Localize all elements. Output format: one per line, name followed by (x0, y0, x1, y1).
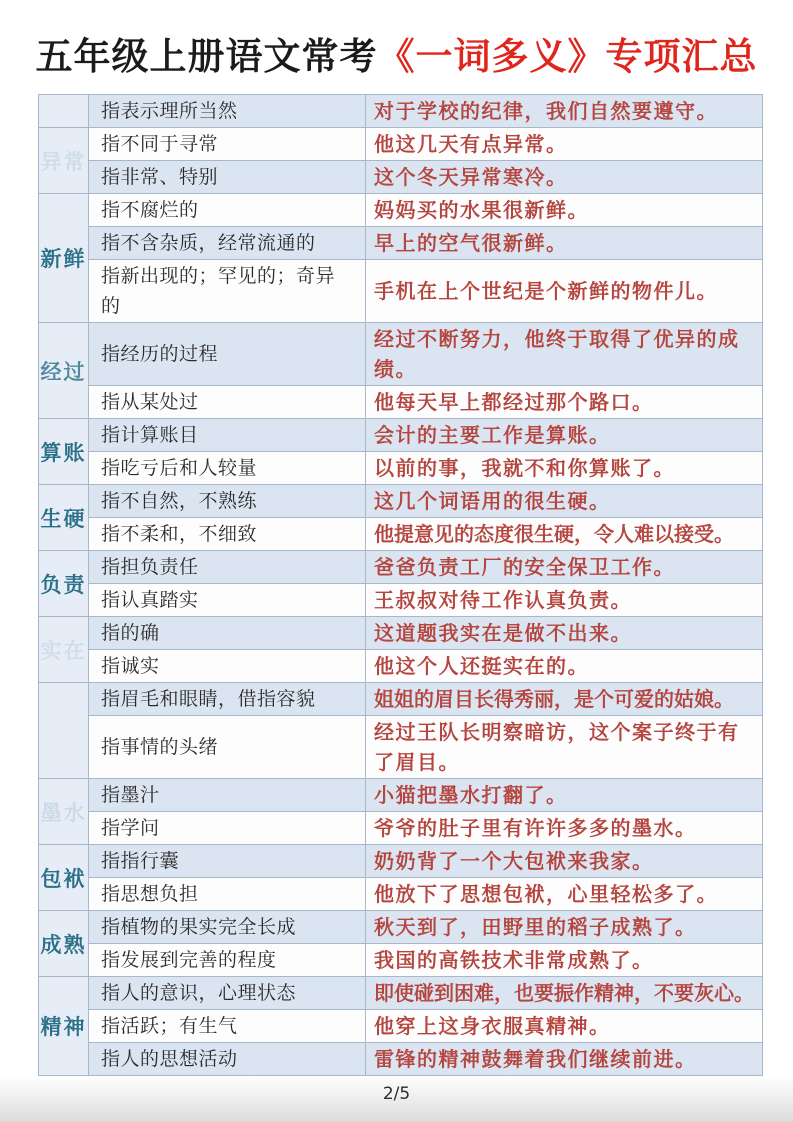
table-row: 指新出现的；罕见的；奇异的手机在上个世纪是个新鲜的物件儿。 (39, 260, 763, 323)
meaning-cell: 指发展到完善的程度 (89, 944, 366, 977)
example-cell: 奶奶背了一个大包袱来我家。 (366, 845, 763, 878)
meaning-cell: 指经历的过程 (89, 323, 366, 386)
meaning-cell: 指诚实 (89, 650, 366, 683)
meaning-cell: 指不自然，不熟练 (89, 485, 366, 518)
table-row: 算账指计算账目会计的主要工作是算账。 (39, 419, 763, 452)
example-cell: 王叔叔对待工作认真负责。 (366, 584, 763, 617)
example-cell: 雷锋的精神鼓舞着我们继续前进。 (366, 1043, 763, 1076)
example-cell: 手机在上个世纪是个新鲜的物件儿。 (366, 260, 763, 323)
table-row: 指发展到完善的程度我国的高铁技术非常成熟了。 (39, 944, 763, 977)
table-row: 实在指的确这道题我实在是做不出来。 (39, 617, 763, 650)
table-row: 指表示理所当然对于学校的纪律，我们自然要遵守。 (39, 95, 763, 128)
word-label: 异常 (41, 149, 87, 174)
meaning-cell: 指表示理所当然 (89, 95, 366, 128)
example-cell: 小猫把墨水打翻了。 (366, 779, 763, 812)
meaning-cell: 指不腐烂的 (89, 194, 366, 227)
meaning-cell: 指人的思想活动 (89, 1043, 366, 1076)
meaning-cell: 指从某处过 (89, 386, 366, 419)
example-cell: 他放下了思想包袱，心里轻松多了。 (366, 878, 763, 911)
table-row: 精神指人的意识，心理状态即使碰到困难，也要振作精神，不要灰心。 (39, 977, 763, 1010)
table-row: 生硬指不自然，不熟练这几个词语用的很生硬。 (39, 485, 763, 518)
word-cell: 负责 (39, 551, 89, 617)
table-row: 指吃亏后和人较量以前的事，我就不和你算账了。 (39, 452, 763, 485)
example-cell: 妈妈买的水果很新鲜。 (366, 194, 763, 227)
example-cell: 他这个人还挺实在的。 (366, 650, 763, 683)
meaning-cell: 指指行囊 (89, 845, 366, 878)
meaning-cell: 指人的意识，心理状态 (89, 977, 366, 1010)
meaning-cell: 指活跃；有生气 (89, 1010, 366, 1043)
table-row: 指不含杂质，经常流通的早上的空气很新鲜。 (39, 227, 763, 260)
word-cell (39, 95, 89, 128)
table-row: 指非常、特别这个冬天异常寒冷。 (39, 161, 763, 194)
word-cell: 实在 (39, 617, 89, 683)
example-cell: 他穿上这身衣服真精神。 (366, 1010, 763, 1043)
meaning-cell: 指思想负担 (89, 878, 366, 911)
word-cell: 包袱 (39, 845, 89, 911)
page-title-black-part: 五年级上册语文常考 (36, 34, 378, 78)
meaning-cell: 指眉毛和眼睛，借指容貌 (89, 683, 366, 716)
meaning-cell: 指担负责任 (89, 551, 366, 584)
word-label: 新鲜 (41, 246, 87, 271)
word-label: 成熟 (41, 932, 87, 957)
word-cell: 经过 (39, 323, 89, 419)
word-table-body: 指表示理所当然对于学校的纪律，我们自然要遵守。异常指不同于寻常他这几天有点异常。… (39, 95, 763, 1076)
table-row: 经过指经历的过程经过不断努力，他终于取得了优异的成绩。 (39, 323, 763, 386)
word-cell: 成熟 (39, 911, 89, 977)
example-cell: 经过不断努力，他终于取得了优异的成绩。 (366, 323, 763, 386)
example-cell: 这个冬天异常寒冷。 (366, 161, 763, 194)
table-row: 负责指担负责任爸爸负责工厂的安全保卫工作。 (39, 551, 763, 584)
word-label: 经过 (41, 359, 87, 384)
example-cell: 姐姐的眉目长得秀丽，是个可爱的姑娘。 (366, 683, 763, 716)
meaning-cell: 指非常、特别 (89, 161, 366, 194)
example-cell: 秋天到了，田野里的稻子成熟了。 (366, 911, 763, 944)
example-cell: 这道题我实在是做不出来。 (366, 617, 763, 650)
table-row: 异常指不同于寻常他这几天有点异常。 (39, 128, 763, 161)
table-row: 新鲜指不腐烂的妈妈买的水果很新鲜。 (39, 194, 763, 227)
word-cell: 墨水 (39, 779, 89, 845)
word-meanings-table: 指表示理所当然对于学校的纪律，我们自然要遵守。异常指不同于寻常他这几天有点异常。… (38, 94, 763, 1076)
table-row: 包袱指指行囊奶奶背了一个大包袱来我家。 (39, 845, 763, 878)
example-cell: 我国的高铁技术非常成熟了。 (366, 944, 763, 977)
example-cell: 对于学校的纪律，我们自然要遵守。 (366, 95, 763, 128)
table-row: 眉目指眉毛和眼睛，借指容貌姐姐的眉目长得秀丽，是个可爱的姑娘。 (39, 683, 763, 716)
word-label: 墨水 (41, 800, 87, 825)
meaning-cell: 指的确 (89, 617, 366, 650)
table-row: 指从某处过他每天早上都经过那个路口。 (39, 386, 763, 419)
page-title-red-part: 《一词多义》专项汇总 (378, 34, 758, 78)
table-row: 指学问爷爷的肚子里有许许多多的墨水。 (39, 812, 763, 845)
word-cell: 生硬 (39, 485, 89, 551)
word-label: 包袱 (41, 866, 87, 891)
word-label: 算账 (41, 440, 87, 465)
word-label: 精神 (41, 1014, 87, 1039)
word-label: 负责 (41, 572, 87, 597)
example-cell: 他这几天有点异常。 (366, 128, 763, 161)
meaning-cell: 指计算账目 (89, 419, 366, 452)
meaning-cell: 指墨汁 (89, 779, 366, 812)
table-row: 墨水指墨汁小猫把墨水打翻了。 (39, 779, 763, 812)
example-cell: 以前的事，我就不和你算账了。 (366, 452, 763, 485)
meaning-cell: 指认真踏实 (89, 584, 366, 617)
table-row: 成熟指植物的果实完全长成秋天到了，田野里的稻子成熟了。 (39, 911, 763, 944)
example-cell: 经过王队长明察暗访，这个案子终于有了眉目。 (366, 716, 763, 779)
example-cell: 他每天早上都经过那个路口。 (366, 386, 763, 419)
table-row: 指人的思想活动雷锋的精神鼓舞着我们继续前进。 (39, 1043, 763, 1076)
table-row: 指活跃；有生气他穿上这身衣服真精神。 (39, 1010, 763, 1043)
page-indicator: 2/5 (0, 1084, 793, 1104)
example-cell: 这几个词语用的很生硬。 (366, 485, 763, 518)
word-cell: 算账 (39, 419, 89, 485)
word-cell: 异常 (39, 128, 89, 194)
word-label: 生硬 (41, 506, 87, 531)
meaning-cell: 指植物的果实完全长成 (89, 911, 366, 944)
example-cell: 早上的空气很新鲜。 (366, 227, 763, 260)
page-title: 五年级上册语文常考《一词多义》专项汇总 (0, 0, 793, 80)
table-row: 指不柔和，不细致他提意见的态度很生硬，令人难以接受。 (39, 518, 763, 551)
table-row: 指思想负担他放下了思想包袱，心里轻松多了。 (39, 878, 763, 911)
example-cell: 会计的主要工作是算账。 (366, 419, 763, 452)
example-cell: 爸爸负责工厂的安全保卫工作。 (366, 551, 763, 584)
table-row: 指诚实他这个人还挺实在的。 (39, 650, 763, 683)
example-cell: 他提意见的态度很生硬，令人难以接受。 (366, 518, 763, 551)
example-cell: 即使碰到困难，也要振作精神，不要灰心。 (366, 977, 763, 1010)
meaning-cell: 指新出现的；罕见的；奇异的 (89, 260, 366, 323)
meaning-cell: 指不含杂质，经常流通的 (89, 227, 366, 260)
word-cell: 眉目 (39, 683, 89, 779)
word-cell: 精神 (39, 977, 89, 1076)
study-sheet-page: 五年级上册语文常考《一词多义》专项汇总 指表示理所当然对于学校的纪律，我们自然要… (0, 0, 793, 1122)
word-cell: 新鲜 (39, 194, 89, 323)
meaning-cell: 指事情的头绪 (89, 716, 366, 779)
meaning-cell: 指不柔和，不细致 (89, 518, 366, 551)
meaning-cell: 指不同于寻常 (89, 128, 366, 161)
meaning-cell: 指吃亏后和人较量 (89, 452, 366, 485)
meaning-cell: 指学问 (89, 812, 366, 845)
example-cell: 爷爷的肚子里有许许多多的墨水。 (366, 812, 763, 845)
table-row: 指认真踏实王叔叔对待工作认真负责。 (39, 584, 763, 617)
table-row: 指事情的头绪经过王队长明察暗访，这个案子终于有了眉目。 (39, 716, 763, 779)
word-label: 实在 (41, 638, 87, 663)
